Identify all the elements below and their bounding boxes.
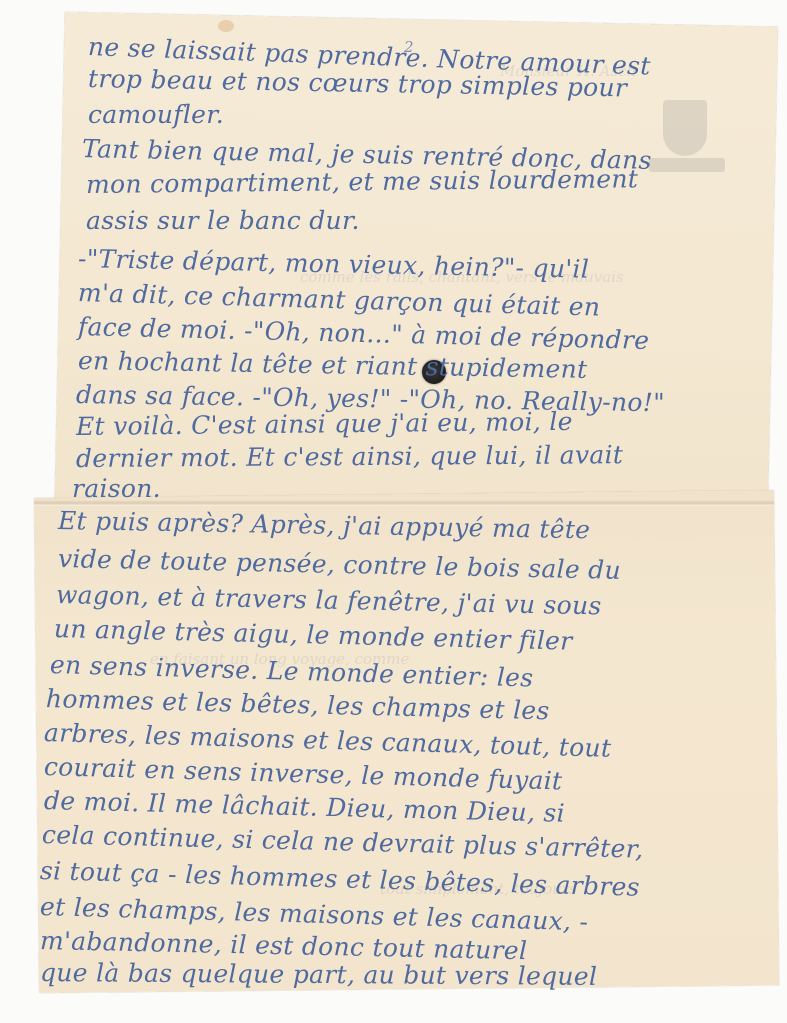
handwritten-line: camoufler. xyxy=(88,100,224,129)
handwritten-line: assis sur le banc dur. xyxy=(86,206,360,235)
paper-stain xyxy=(218,20,234,32)
handwritten-line: que là bas quelque part, au but vers leq… xyxy=(40,958,597,991)
handwritten-line: Et voilà. C'est ainsi que j'ai eu, moi, … xyxy=(76,407,573,441)
show-through-crest-icon xyxy=(655,100,715,190)
handwritten-line: dernier mot. Et c'est ainsi, que lui, il… xyxy=(76,440,623,473)
handwritten-line: mon compartiment, et me suis lourdement xyxy=(86,164,638,199)
handwritten-line: raison. xyxy=(72,474,161,503)
